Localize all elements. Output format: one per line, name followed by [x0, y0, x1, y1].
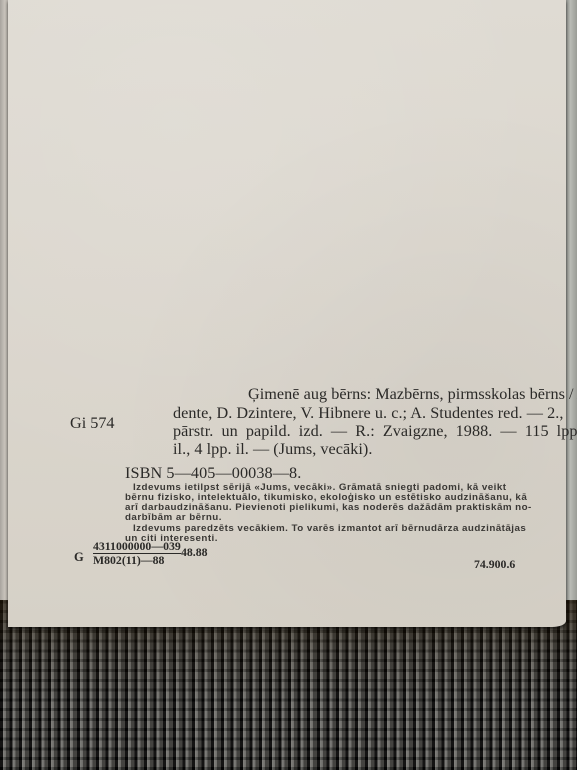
- price-code: 48.88: [181, 545, 208, 560]
- isbn: ISBN 5—405—00038—8.: [125, 464, 301, 483]
- fraction-denominator: M802(11)—88: [93, 554, 181, 567]
- book-page: Gi 574 Ģimenē aug bērns: Mazbērns, pirms…: [8, 0, 566, 627]
- publication-fraction: 4311000000—039 M802(11)—88: [93, 540, 181, 567]
- book-title: Ģimenē aug bērns: Mazbērns, pirmsskolas …: [248, 385, 577, 403]
- classification-code: 74.900.6: [474, 557, 515, 572]
- catalog-code: Gi 574: [70, 414, 115, 433]
- page-edge-left: [0, 0, 8, 628]
- bibliographic-line-3: pārstr. un papild. izd. — R.: Zvaigzne, …: [173, 423, 543, 439]
- footer-letter: G: [74, 550, 84, 565]
- fraction-numerator: 4311000000—039: [93, 540, 181, 554]
- bibliographic-line-2: dente, D. Dzintere, V. Hibnere u. c.; A.…: [173, 405, 543, 421]
- bibliographic-line-1: Ģimenē aug bērns: Mazbērns, pirmsskolas …: [248, 386, 577, 402]
- book-edge-right: [566, 0, 577, 640]
- annotation-line-4: darbībām ar bērnu.: [125, 513, 222, 523]
- bibliographic-line-4: il., 4 lpp. il. — (Jums, vecāki).: [173, 441, 543, 457]
